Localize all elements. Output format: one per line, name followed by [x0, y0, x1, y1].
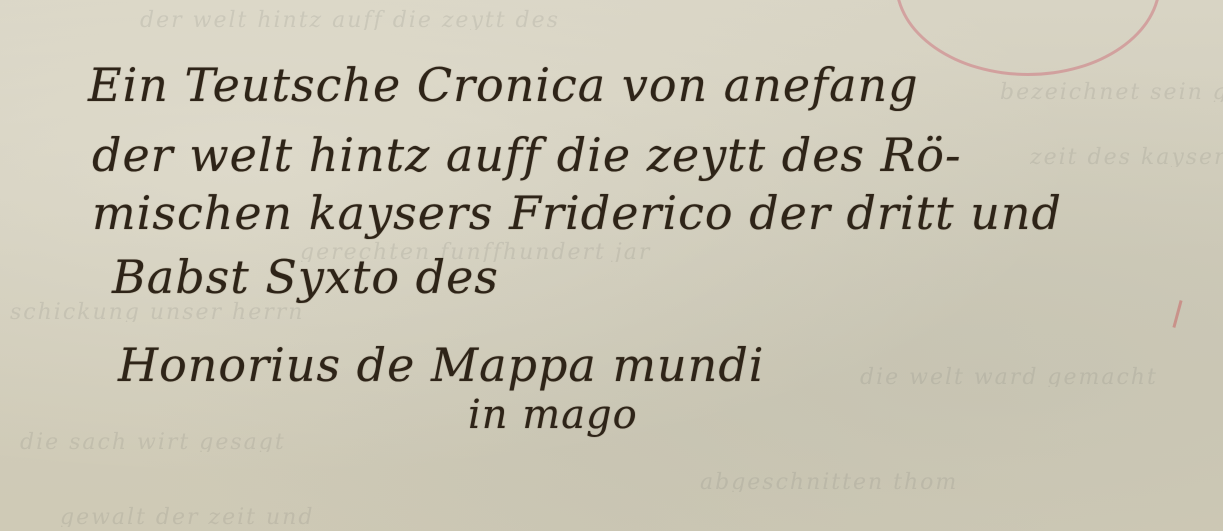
title-line-4: Babst Syxto des: [112, 250, 499, 304]
title-line-1: Ein Teutsche Cronica von anefang: [88, 58, 919, 112]
note-line-2: in mago: [468, 392, 638, 438]
note-line-1: Honorius de Mappa mundi: [118, 338, 764, 392]
title-line-3: mischen kaysers Friderico der dritt und: [92, 186, 1062, 240]
title-line-2: der welt hintz auff die zeytt des Rö-: [92, 128, 962, 182]
